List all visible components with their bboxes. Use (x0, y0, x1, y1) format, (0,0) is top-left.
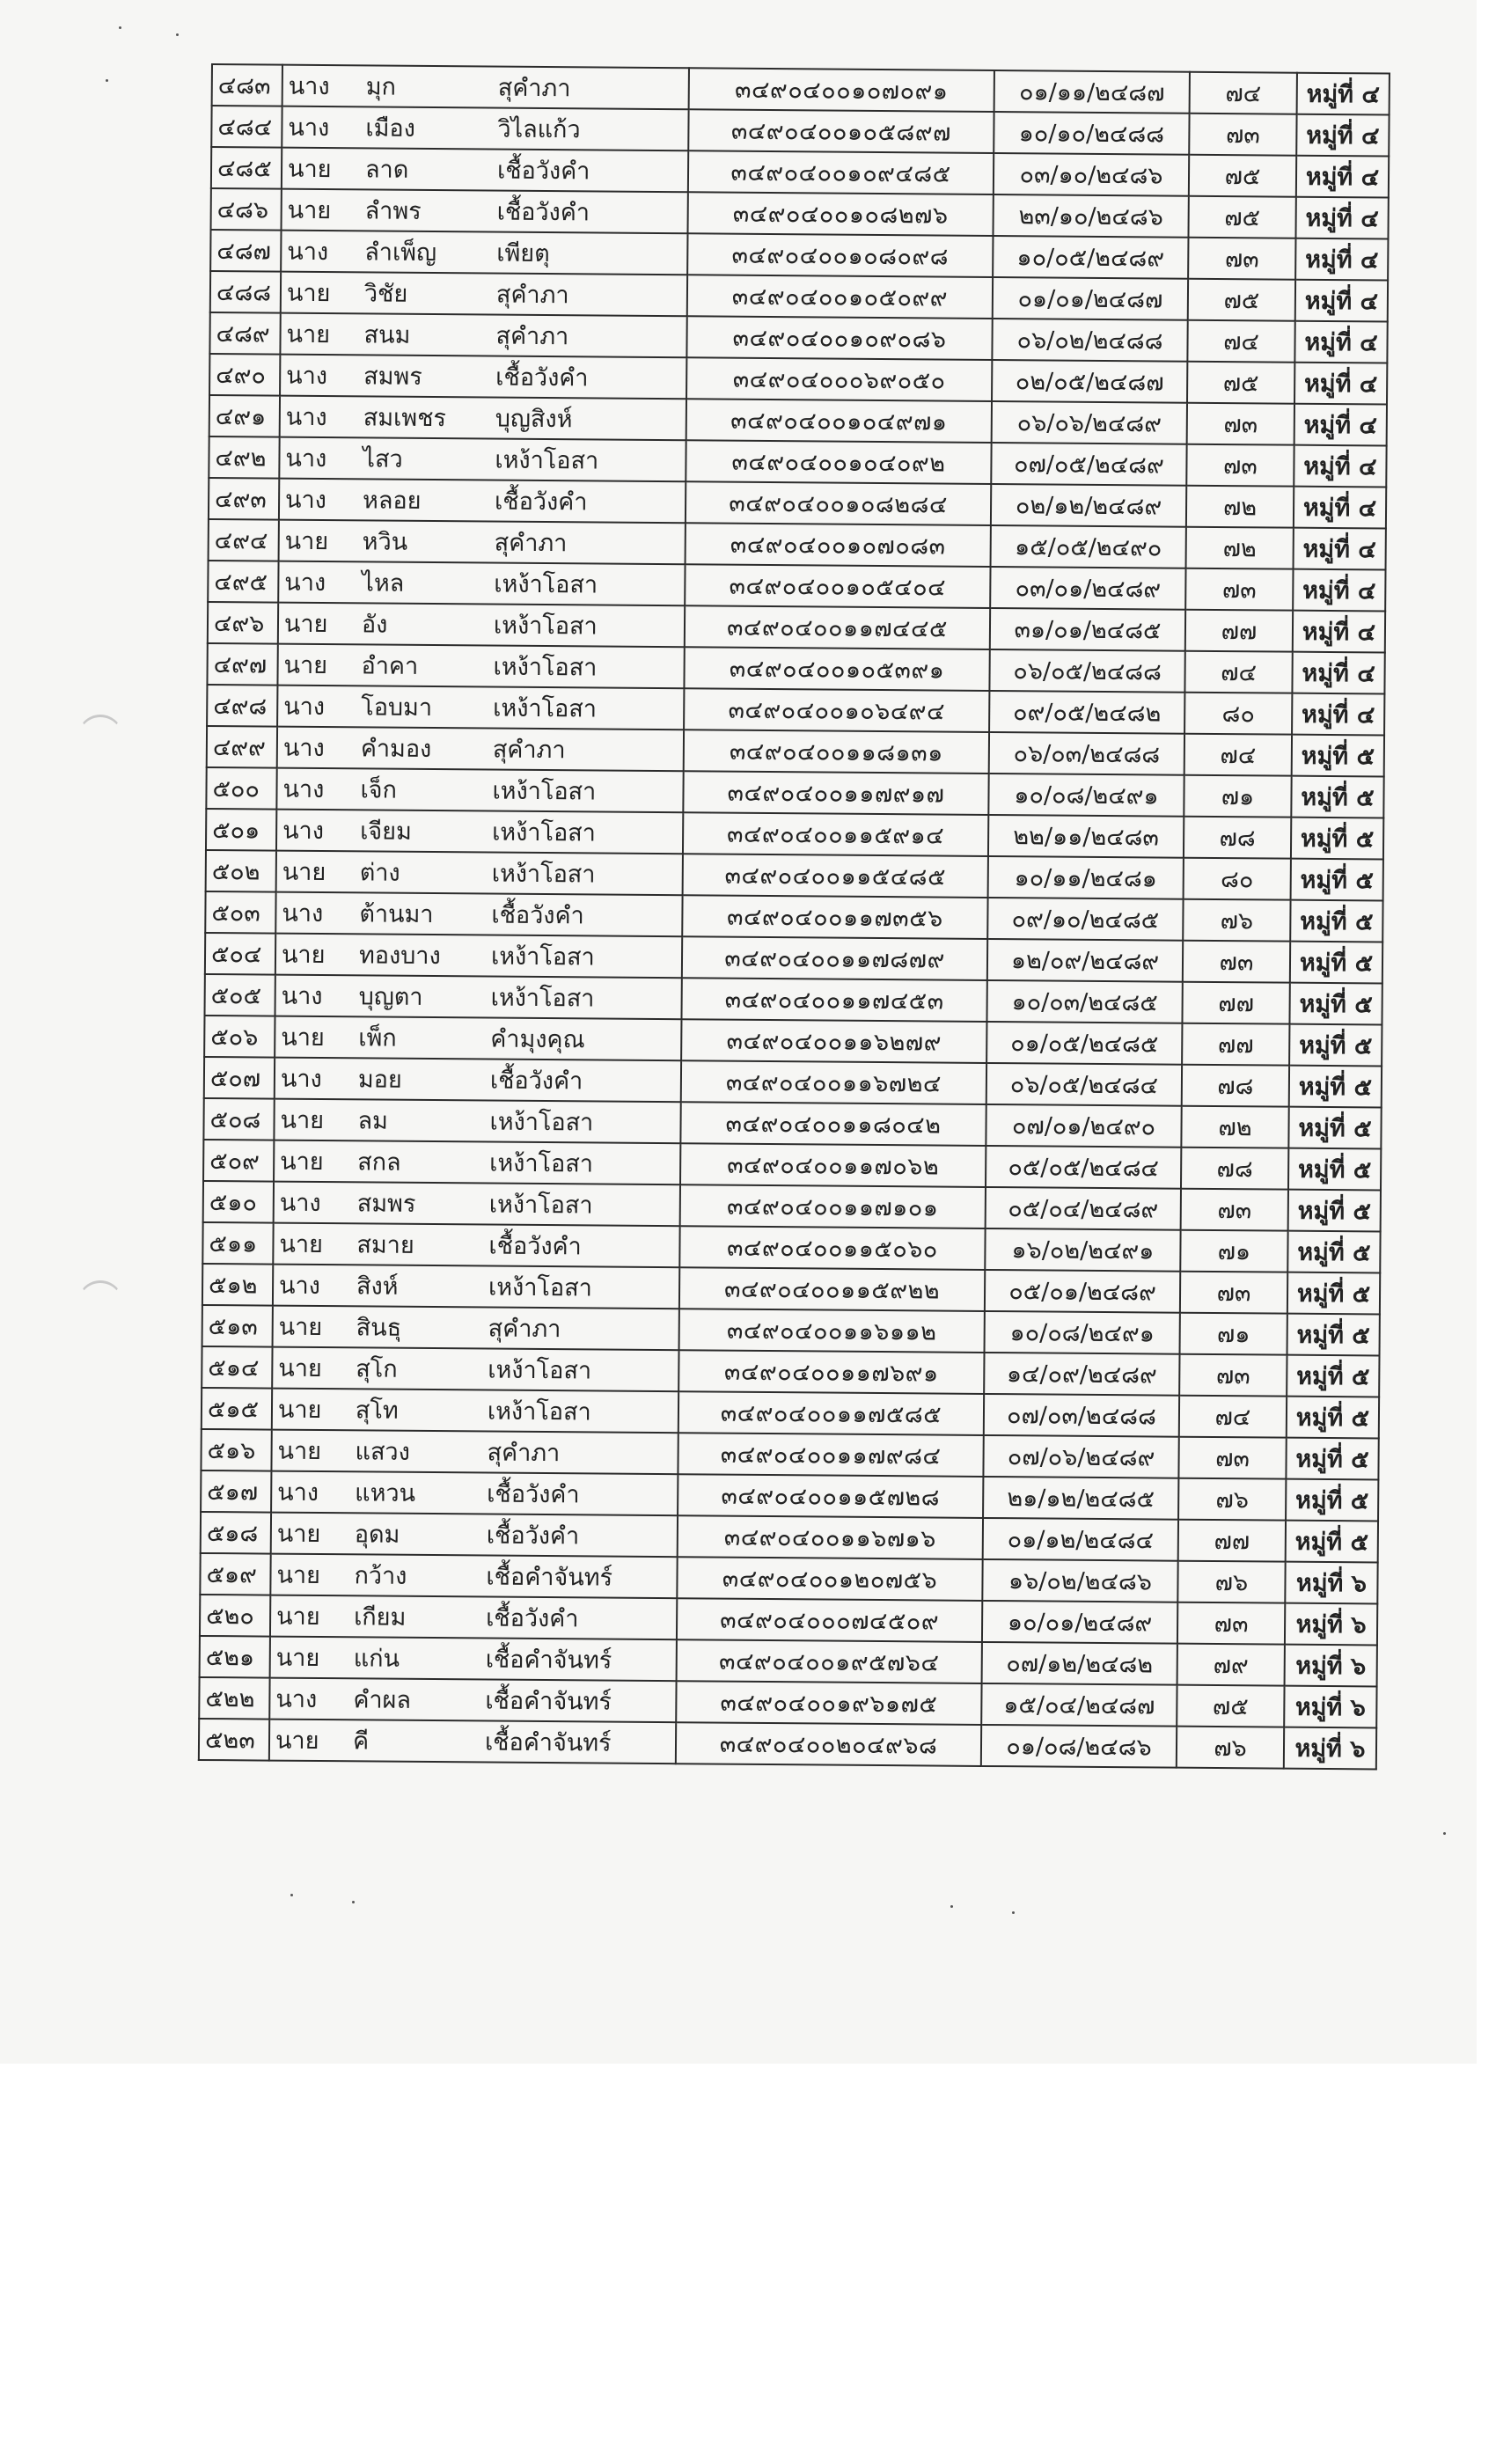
row-number: ๕๐๗ (204, 1057, 275, 1099)
village: หมู่ที่ ๔ (1294, 404, 1387, 446)
birth-date: ๐๗/๐๕/๒๔๘๙ (991, 443, 1186, 486)
national-id: ๓๔๙๐๔๐๐๑๑๗๐๖๒ (680, 1143, 986, 1187)
national-id: ๓๔๙๐๔๐๐๒๐๔๙๖๘ (676, 1722, 981, 1766)
first-name: สุโก (356, 1349, 488, 1388)
scan-speck (106, 79, 108, 82)
national-id: ๓๔๙๐๔๐๐๑๑๗๑๐๑ (680, 1184, 986, 1228)
national-id: ๓๔๙๐๔๐๐๑๐๕๘๙๗ (688, 109, 994, 153)
name-prefix: นาย (287, 274, 364, 312)
age: ๗๒ (1186, 527, 1294, 569)
national-id: ๓๔๙๐๔๐๐๑๑๗๘๗๙ (682, 936, 987, 980)
village: หมู่ที่ ๕ (1288, 1107, 1381, 1149)
national-id: ๓๔๙๐๔๐๐๐๖๙๐๕๐ (686, 357, 992, 401)
full-name-cell: นางต้านมาเชื้อวังคำ (275, 892, 682, 937)
age: ๗๔ (1187, 320, 1294, 363)
village: หมู่ที่ ๕ (1286, 1438, 1378, 1480)
name-prefix: นาย (280, 1142, 357, 1181)
name-prefix: นาย (288, 150, 365, 188)
age: ๗๖ (1177, 1727, 1284, 1769)
last-name: เหง้าโอสา (492, 854, 596, 893)
birth-date: ๐๕/๐๕/๒๔๘๔ (986, 1146, 1181, 1189)
village: หมู่ที่ ๕ (1292, 735, 1384, 777)
row-number: ๕๐๒ (206, 850, 276, 892)
first-name: คำมอง (361, 729, 493, 767)
last-name: สุคำภา (496, 275, 569, 314)
name-prefix: นาย (276, 1597, 354, 1636)
first-name: อัง (362, 605, 494, 643)
birth-date: ๑๕/๐๔/๒๔๘๗ (981, 1683, 1177, 1727)
birth-date: ๓๑/๐๑/๒๔๘๕ (990, 608, 1185, 651)
last-name: เหง้าโอสา (495, 441, 598, 480)
village: หมู่ที่ ๔ (1293, 569, 1385, 612)
last-name: เหง้าโอสา (494, 606, 598, 645)
first-name: หลอย (363, 480, 495, 519)
row-number: ๕๐๕ (205, 974, 275, 1016)
full-name-cell: นางไสวเหง้าโอสา (279, 437, 686, 482)
row-number: ๔๙๘ (207, 685, 277, 727)
full-name-cell: นายเกียมเชื้อวังคำ (270, 1595, 677, 1640)
village: หมู่ที่ ๕ (1289, 983, 1382, 1025)
full-name-cell: นางมุกสุคำภา (282, 65, 689, 110)
birth-date: ๑๐/๐๘/๒๔๙๑ (988, 774, 1184, 817)
last-name: เหง้าโอสา (491, 979, 595, 1017)
row-number: ๕๑๑ (202, 1222, 273, 1265)
national-id: ๓๔๙๐๔๐๐๑๑๗๔๕๓ (681, 978, 986, 1022)
name-prefix: นาย (277, 1432, 355, 1470)
birth-date: ๑๐/๑๐/๒๔๘๘ (994, 112, 1189, 155)
village: หมู่ที่ ๕ (1290, 900, 1382, 942)
birth-date: ๑๖/๐๒/๒๔๘๖ (982, 1559, 1177, 1602)
village: หมู่ที่ ๕ (1286, 1479, 1378, 1522)
row-number: ๕๒๓ (199, 1719, 269, 1761)
age: ๗๓ (1181, 1189, 1288, 1231)
birth-date: ๐๗/๐๖/๒๔๘๙ (983, 1435, 1178, 1478)
full-name-cell: นายกว้างเชื้อคำจันทร์ (270, 1554, 677, 1599)
village: หมู่ที่ ๕ (1288, 1148, 1381, 1191)
national-id: ๓๔๙๐๔๐๐๑๐๘๐๙๘ (687, 233, 993, 277)
national-id: ๓๔๙๐๔๐๐๑๑๕๙๑๔ (683, 812, 988, 856)
full-name-cell: นายอำคาเหง้าโอสา (277, 644, 684, 689)
age: ๗๖ (1177, 1561, 1285, 1603)
row-number: ๕๒๒ (199, 1677, 269, 1720)
last-name: เหง้าโอสา (489, 1144, 593, 1183)
first-name: สมพร (363, 356, 495, 395)
birth-date: ๐๖/๐๕/๒๔๘๔ (986, 1063, 1182, 1106)
full-name-cell: นายลมเหง้าโอสา (274, 1099, 680, 1144)
name-prefix: นาง (282, 977, 359, 1016)
national-id: ๓๔๙๐๔๐๐๑๒๐๗๕๖ (677, 1557, 982, 1601)
birth-date: ๑๐/๐๓/๒๔๘๕ (986, 980, 1182, 1023)
first-name: ไสว (363, 439, 495, 478)
age: ๗๕ (1188, 196, 1295, 238)
full-name-cell: นางหลอยเชื้อวังคำ (279, 479, 686, 524)
national-id: ๓๔๙๐๔๐๐๑๐๘๒๗๖ (687, 192, 993, 236)
birth-date: ๑๔/๐๙/๒๔๘๙ (984, 1353, 1179, 1396)
birth-date: ๐๒/๑๒/๒๔๘๙ (991, 484, 1186, 527)
row-number: ๔๙๖ (208, 602, 278, 644)
first-name: สุโท (356, 1390, 488, 1429)
age: ๗๔ (1184, 651, 1292, 693)
full-name-cell: นางมอยเชื้อวังคำ (275, 1058, 681, 1103)
age: ๗๓ (1177, 1602, 1285, 1645)
age: ๗๓ (1186, 444, 1294, 487)
row-number: ๔๙๔ (209, 519, 279, 561)
row-number: ๕๑๗ (201, 1470, 271, 1513)
row-number: ๔๘๓ (212, 64, 282, 106)
village: หมู่ที่ ๔ (1294, 487, 1386, 529)
age: ๗๕ (1188, 279, 1295, 321)
name-prefix: นาย (283, 646, 361, 685)
name-prefix: นาย (276, 1556, 354, 1595)
elderly-roster-table: ๔๘๓ นางมุกสุคำภา ๓๔๙๐๔๐๐๑๐๗๐๙๑ ๐๑/๑๑/๒๔๘… (198, 63, 1390, 1770)
last-name: เชื้อวังคำ (486, 1599, 579, 1638)
row-number: ๕๑๐ (203, 1181, 274, 1223)
name-prefix: นาย (278, 1390, 356, 1429)
name-prefix: นาง (282, 894, 359, 933)
last-name: วิไลแก้ว (497, 110, 581, 149)
village: หมู่ที่ ๔ (1295, 197, 1388, 239)
age: ๗๖ (1183, 899, 1290, 942)
name-prefix: นาง (282, 811, 360, 850)
row-number: ๕๐๙ (203, 1140, 274, 1182)
name-prefix: นาง (283, 729, 361, 767)
village: หมู่ที่ ๕ (1287, 1272, 1380, 1315)
full-name-cell: นายอังเหง้าโอสา (278, 603, 685, 648)
birth-date: ๒๑/๑๒/๒๔๘๕ (983, 1477, 1178, 1520)
name-prefix: นาง (286, 398, 363, 436)
name-prefix: นาย (288, 191, 365, 230)
last-name: เหง้าโอสา (488, 1351, 591, 1390)
row-number: ๔๘๘ (210, 271, 281, 313)
age: ๗๓ (1185, 568, 1293, 611)
full-name-cell: นางสมพรเชื้อวังคำ (280, 355, 686, 400)
age: ๗๙ (1177, 1644, 1285, 1686)
birth-date: ๐๗/๑๒/๒๔๘๒ (982, 1642, 1177, 1685)
last-name: เหง้าโอสา (488, 1392, 591, 1431)
last-name: สุคำภา (487, 1434, 560, 1472)
name-prefix: นาย (277, 1514, 355, 1553)
full-name-cell: นายคีเชื้อคำจันทร์ (269, 1720, 676, 1764)
first-name: บุญตา (359, 977, 491, 1016)
binder-hole-bottom (77, 1280, 123, 1326)
last-name: เหง้าโอสา (492, 772, 596, 810)
first-name: คี (353, 1721, 485, 1760)
first-name: สมาย (356, 1225, 488, 1264)
first-name: ลำเพ็ญ (364, 232, 496, 271)
name-prefix: นาง (283, 687, 361, 726)
last-name: เชื้อวังคำ (495, 358, 589, 397)
row-number: ๕๐๐ (206, 767, 276, 810)
national-id: ๓๔๙๐๔๐๐๑๑๗๙๘๔ (678, 1433, 983, 1477)
full-name-cell: นางเมืองวิไลแก้ว (282, 106, 688, 151)
row-number: ๔๘๔ (211, 106, 282, 148)
birth-date: ๐๒/๐๕/๒๔๘๗ (992, 360, 1187, 403)
full-name-cell: นางเจียมเหง้าโอสา (276, 810, 683, 854)
birth-date: ๐๖/๐๒/๒๔๘๘ (992, 319, 1187, 362)
first-name: ทองบาง (359, 935, 491, 974)
last-name: เชื้อคำจันทร์ (485, 1723, 612, 1762)
table-row: ๕๒๓ นายคีเชื้อคำจันทร์ ๓๔๙๐๔๐๐๒๐๔๙๖๘ ๐๑/… (199, 1719, 1376, 1770)
national-id: ๓๔๙๐๔๐๐๑๐๕๔๐๔ (685, 564, 990, 608)
national-id: ๓๔๙๐๔๐๐๑๐๔๐๙๒ (686, 440, 991, 484)
age: ๘๐ (1184, 858, 1291, 900)
national-id: ๓๔๙๐๔๐๐๑๑๘๑๓๑ (684, 730, 989, 774)
age: ๗๔ (1184, 734, 1292, 776)
village: หมู่ที่ ๔ (1294, 445, 1386, 488)
full-name-cell: นายเพ็กคำมุงคุณ (275, 1016, 681, 1061)
national-id: ๓๔๙๐๔๐๐๑๑๖๑๑๒ (679, 1309, 985, 1353)
row-number: ๕๒๐ (200, 1595, 270, 1637)
age: ๗๔ (1179, 1396, 1287, 1438)
last-name: เหง้าโอสา (492, 813, 596, 852)
name-prefix: นาง (282, 770, 360, 809)
scan-speck (352, 1901, 355, 1903)
birth-date: ๐๖/๐๕/๒๔๘๘ (989, 649, 1184, 693)
birth-date: ๐๓/๐๑/๒๔๘๙ (990, 567, 1185, 610)
first-name: ไหล (362, 563, 494, 602)
age: ๗๘ (1184, 817, 1291, 859)
village: หมู่ที่ ๕ (1290, 942, 1382, 984)
village: หมู่ที่ ๕ (1288, 1190, 1381, 1232)
scan-speck (119, 26, 121, 29)
village: หมู่ที่ ๔ (1296, 156, 1389, 198)
village: หมู่ที่ ๕ (1291, 859, 1383, 901)
name-prefix: นาง (275, 1680, 353, 1719)
name-prefix: นาง (285, 480, 363, 519)
first-name: อุดม (355, 1514, 487, 1553)
row-number: ๕๑๘ (201, 1512, 271, 1554)
row-number: ๕๒๑ (200, 1636, 270, 1678)
birth-date: ๐๖/๐๓/๒๔๘๘ (989, 732, 1184, 775)
birth-date: ๐๑/๑๒/๒๔๘๔ (983, 1518, 1178, 1561)
age: ๗๑ (1180, 1230, 1287, 1272)
national-id: ๓๔๙๐๔๐๐๑๙๕๗๖๔ (677, 1639, 982, 1683)
age: ๗๓ (1188, 238, 1295, 280)
birth-date: ๑๕/๐๕/๒๔๙๐ (991, 525, 1186, 568)
row-number: ๔๘๖ (211, 188, 282, 231)
first-name: สนม (363, 315, 495, 354)
national-id: ๓๔๙๐๔๐๐๑๑๖๗๒๔ (681, 1060, 986, 1104)
scan-speck (176, 33, 179, 36)
age: ๗๓ (1179, 1354, 1287, 1397)
national-id: ๓๔๙๐๔๐๐๑๑๗๔๔๕ (685, 605, 990, 649)
birth-date: ๑๒/๐๙/๒๔๘๙ (987, 939, 1183, 982)
national-id: ๓๔๙๐๔๐๐๑๐๗๐๘๓ (686, 523, 991, 567)
age: ๗๓ (1189, 114, 1296, 156)
national-id: ๓๔๙๐๔๐๐๑๐๕๓๙๑ (684, 647, 989, 691)
village: หมู่ที่ ๕ (1289, 1024, 1382, 1067)
first-name: ลำพร (365, 191, 497, 230)
last-name: เหง้าโอสา (489, 1103, 593, 1141)
full-name-cell: นายวิชัยสุคำภา (281, 272, 687, 317)
village: หมู่ที่ ๔ (1293, 611, 1385, 653)
birth-date: ๑๖/๐๒/๒๔๙๑ (985, 1228, 1180, 1272)
first-name: เจ็ก (360, 770, 492, 809)
first-name: คำผล (353, 1680, 485, 1719)
first-name: ต้านมา (359, 894, 491, 933)
village: หมู่ที่ ๔ (1292, 693, 1384, 736)
birth-date: ๐๕/๐๔/๒๔๘๙ (986, 1187, 1181, 1230)
national-id: ๓๔๙๐๔๐๐๑๐๙๔๘๕ (688, 150, 994, 194)
full-name-cell: นางสมเพชรบุญสิงห์ (280, 396, 686, 441)
full-name-cell: นายสุโทเหง้าโอสา (272, 1389, 678, 1434)
national-id: ๓๔๙๐๔๐๐๑๙๖๑๗๕ (676, 1681, 981, 1725)
first-name: อำคา (361, 646, 493, 685)
last-name: เชื้อคำจันทร์ (486, 1558, 612, 1596)
full-name-cell: นายต่างเหง้าโอสา (276, 851, 683, 896)
name-prefix: นาย (286, 315, 363, 354)
first-name: ต่าง (360, 853, 492, 891)
last-name: สุคำภา (493, 730, 566, 769)
village: หมู่ที่ ๕ (1287, 1397, 1379, 1439)
national-id: ๓๔๙๐๔๐๐๑๑๘๐๔๒ (680, 1102, 986, 1146)
national-id: ๓๔๙๐๔๐๐๑๐๔๙๗๑ (686, 399, 992, 443)
village: หมู่ที่ ๔ (1294, 321, 1387, 363)
age: ๗๑ (1180, 1313, 1287, 1355)
age: ๗๗ (1182, 982, 1289, 1024)
row-number: ๕๑๒ (202, 1264, 273, 1306)
last-name: สุคำภา (495, 524, 568, 562)
first-name: โอบมา (361, 687, 493, 726)
national-id: ๓๔๙๐๔๐๐๑๑๖๗๑๖ (678, 1515, 983, 1559)
birth-date: ๐๗/๐๓/๒๔๘๘ (984, 1394, 1179, 1437)
village: หมู่ที่ ๖ (1284, 1686, 1376, 1728)
age: ๘๐ (1184, 693, 1292, 735)
birth-date: ๐๑/๐๑/๒๔๘๗ (993, 277, 1188, 320)
scan-speck (950, 1905, 953, 1908)
last-name: เหง้าโอสา (491, 937, 595, 976)
first-name: มุก (366, 67, 498, 106)
name-prefix: นาง (289, 67, 366, 106)
scan-speck (290, 1894, 293, 1896)
row-number: ๕๑๔ (202, 1346, 272, 1389)
full-name-cell: นางลำเพ็ญเพียตุ (281, 231, 687, 275)
birth-date: ๐๑/๑๑/๒๔๘๗ (994, 70, 1190, 114)
full-name-cell: นายหวินสุคำภา (279, 520, 686, 565)
full-name-cell: นายสุโกเหง้าโอสา (272, 1347, 678, 1392)
name-prefix: นาย (281, 1018, 358, 1057)
full-name-cell: นายทองบางเหง้าโอสา (275, 934, 682, 979)
national-id: ๓๔๙๐๔๐๐๑๑๗๙๑๗ (683, 771, 988, 815)
birth-date: ๐๕/๐๑/๒๔๘๙ (985, 1270, 1180, 1313)
age: ๗๔ (1190, 72, 1297, 114)
age: ๗๓ (1178, 1437, 1286, 1479)
full-name-cell: นางสิงห์เหง้าโอสา (273, 1265, 679, 1309)
last-name: สุคำภา (488, 1309, 561, 1348)
national-id: ๓๔๙๐๔๐๐๑๐๖๔๙๔ (684, 688, 989, 732)
national-id: ๓๔๙๐๔๐๐๑๑๗๖๙๑ (678, 1350, 984, 1394)
name-prefix: นาย (279, 1308, 356, 1346)
last-name: เชื้อวังคำ (490, 1061, 583, 1100)
first-name: แก่น (354, 1639, 486, 1677)
birth-date: ๐๖/๐๖/๒๔๘๙ (992, 401, 1187, 444)
last-name: สุคำภา (498, 69, 571, 107)
last-name: เชื้อวังคำ (487, 1516, 580, 1555)
last-name: เชื้อวังคำ (488, 1227, 582, 1265)
name-prefix: นาย (282, 935, 359, 974)
age: ๗๑ (1184, 775, 1291, 818)
row-number: ๕๑๙ (200, 1553, 270, 1595)
last-name: เชื้อคำจันทร์ (485, 1682, 612, 1720)
row-number: ๕๑๕ (202, 1388, 272, 1430)
full-name-cell: นายลาดเชื้อวังคำ (282, 148, 688, 193)
first-name: เมือง (365, 108, 497, 147)
first-name: สมเพชร (363, 398, 495, 436)
first-name: สกล (357, 1142, 489, 1181)
birth-date: ๑๐/๐๘/๒๔๙๑ (985, 1311, 1180, 1354)
last-name: เหง้าโอสา (494, 565, 598, 604)
national-id: ๓๔๙๐๔๐๐๐๗๔๕๐๙ (677, 1598, 982, 1642)
row-number: ๔๙๑ (209, 395, 280, 437)
first-name: สิงห์ (356, 1266, 488, 1305)
village: หมู่ที่ ๕ (1291, 818, 1383, 860)
name-prefix: นาง (280, 1184, 357, 1222)
village: หมู่ที่ ๖ (1284, 1727, 1376, 1770)
row-number: ๕๐๓ (205, 891, 275, 934)
full-name-cell: นายสมายเชื้อวังคำ (273, 1223, 679, 1268)
last-name: สุคำภา (495, 317, 568, 356)
birth-date: ๐๑/๐๘/๒๔๘๖ (981, 1725, 1177, 1768)
name-prefix: นาง (279, 1266, 356, 1305)
name-prefix: นาง (281, 1060, 358, 1098)
age: ๗๗ (1178, 1520, 1286, 1562)
village: หมู่ที่ ๔ (1295, 280, 1388, 322)
village: หมู่ที่ ๖ (1285, 1562, 1377, 1604)
village: หมู่ที่ ๔ (1297, 73, 1390, 115)
last-name: เชื้อวังคำ (497, 151, 590, 190)
full-name-cell: นายสนมสุคำภา (280, 313, 686, 358)
village: หมู่ที่ ๕ (1289, 1066, 1382, 1108)
last-name: เชื้อวังคำ (491, 896, 584, 935)
full-name-cell: นางโอบมาเหง้าโอสา (277, 686, 684, 730)
row-number: ๕๐๘ (203, 1098, 274, 1140)
full-name-cell: นางสมพรเหง้าโอสา (274, 1182, 680, 1227)
birth-date: ๐๗/๐๑/๒๔๙๐ (986, 1104, 1181, 1148)
row-number: ๕๐๑ (206, 809, 276, 851)
last-name: เชื้อวังคำ (487, 1475, 580, 1514)
national-id: ๓๔๙๐๔๐๐๑๑๕๐๖๐ (679, 1226, 985, 1270)
age: ๗๗ (1182, 1023, 1289, 1066)
full-name-cell: นางเจ็กเหง้าโอสา (276, 768, 683, 813)
national-id: ๓๔๙๐๔๐๐๑๑๗๕๘๕ (678, 1391, 984, 1435)
last-name: เชื้อวังคำ (495, 482, 588, 521)
full-name-cell: นางบุญตาเหง้าโอสา (275, 975, 681, 1020)
last-name: เหง้าโอสา (493, 648, 597, 686)
row-number: ๔๘๗ (210, 230, 281, 272)
binder-hole-top (77, 715, 123, 760)
age: ๗๘ (1181, 1148, 1288, 1190)
first-name: เกียม (354, 1597, 486, 1636)
first-name: สินธุ (356, 1308, 488, 1346)
village: หมู่ที่ ๔ (1294, 363, 1387, 405)
row-number: ๕๐๖ (204, 1016, 275, 1058)
full-name-cell: นายลำพรเชื้อวังคำ (282, 189, 688, 234)
village: หมู่ที่ ๔ (1292, 652, 1384, 694)
full-name-cell: นางแหวนเชื้อวังคำ (271, 1471, 678, 1516)
first-name: วิชัย (364, 274, 496, 312)
village: หมู่ที่ ๕ (1287, 1355, 1379, 1397)
first-name: ลาด (365, 150, 497, 188)
first-name: เจียม (360, 811, 492, 850)
roster-body: ๔๘๓ นางมุกสุคำภา ๓๔๙๐๔๐๐๑๐๗๐๙๑ ๐๑/๑๑/๒๔๘… (199, 64, 1390, 1769)
full-name-cell: นายแสวงสุคำภา (271, 1430, 678, 1475)
row-number: ๔๙๕ (208, 561, 278, 603)
birth-date: ๐๓/๑๐/๒๔๘๖ (994, 153, 1189, 196)
row-number: ๕๐๔ (205, 933, 275, 975)
national-id: ๓๔๙๐๔๐๐๑๐๘๒๘๔ (686, 481, 991, 525)
village: หมู่ที่ ๕ (1287, 1231, 1380, 1273)
first-name: เพ็ก (358, 1018, 490, 1057)
